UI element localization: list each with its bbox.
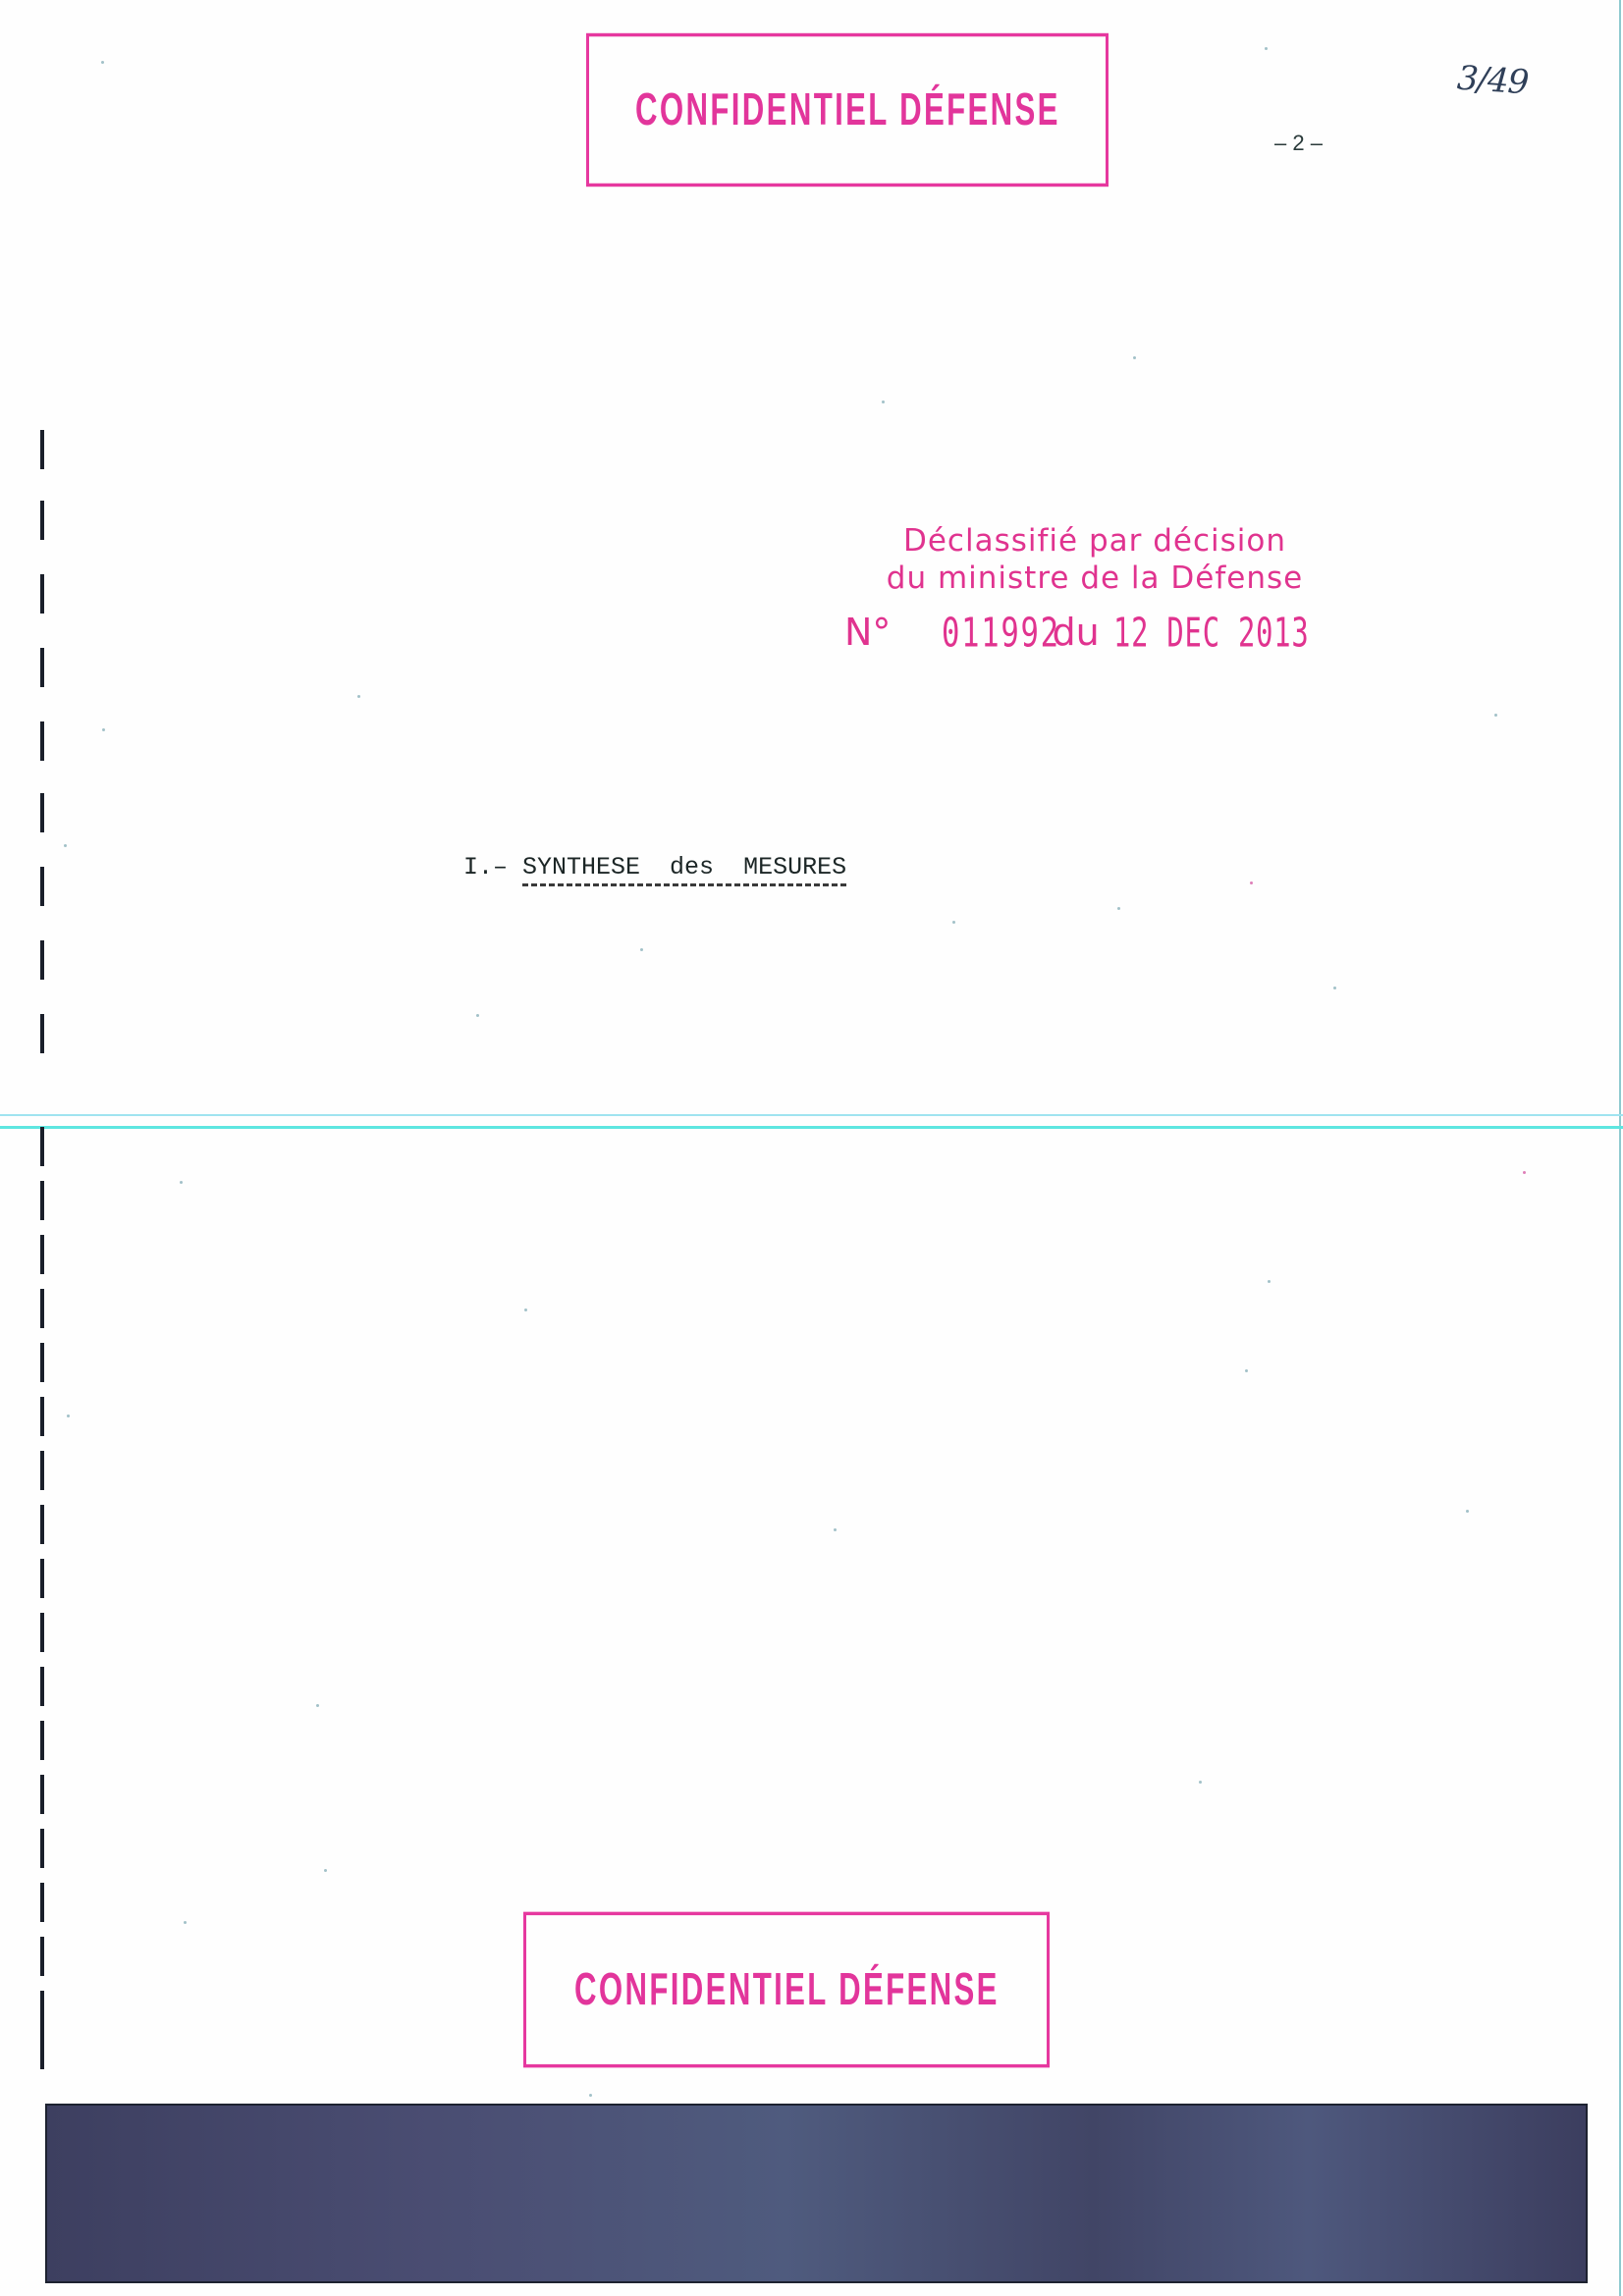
scan-speck	[952, 921, 955, 924]
binding-mark	[40, 721, 44, 761]
scan-dark-band	[45, 2104, 1588, 2283]
declassification-number: 011992	[942, 611, 1060, 657]
declassification-number-prefix: N°	[844, 611, 891, 654]
binding-mark	[40, 1829, 44, 1868]
scan-speck	[1133, 356, 1136, 359]
scan-speck	[64, 844, 67, 847]
binding-mark	[40, 1181, 44, 1220]
scan-speck	[1523, 1171, 1526, 1174]
binding-mark	[40, 1014, 44, 1053]
scan-edge-line	[1619, 0, 1621, 2296]
scan-speck	[67, 1415, 70, 1417]
binding-mark	[40, 940, 44, 980]
binding-mark	[40, 867, 44, 906]
scan-speck	[1268, 1280, 1271, 1283]
binding-mark	[40, 1505, 44, 1544]
declassification-line2: du ministre de la Défense	[844, 560, 1345, 597]
scan-speck	[316, 1704, 319, 1707]
binding-mark	[40, 1883, 44, 1922]
binding-mark	[40, 1559, 44, 1598]
scan-speck	[357, 695, 360, 698]
scan-speck	[882, 400, 885, 403]
scan-artifact-line	[0, 1126, 1623, 1129]
binding-mark	[40, 1397, 44, 1436]
binding-mark	[40, 793, 44, 832]
binding-mark	[40, 1991, 44, 2030]
declassification-line1: Déclassifié par décision	[844, 522, 1345, 560]
declassification-stamp: Déclassifié par décision du ministre de …	[844, 522, 1345, 654]
scan-speck	[1199, 1781, 1202, 1784]
scan-speck	[640, 948, 643, 951]
binding-mark	[40, 1613, 44, 1652]
binding-mark	[40, 501, 44, 540]
scan-speck	[1466, 1510, 1469, 1513]
binding-mark	[40, 1451, 44, 1490]
document-page: CONFIDENTIEL DÉFENSE – 2 – 3/49 Déclassi…	[0, 0, 1623, 2296]
scan-speck	[101, 61, 104, 64]
binding-mark	[40, 1127, 44, 1166]
binding-mark	[40, 648, 44, 687]
scan-speck	[476, 1014, 479, 1017]
scan-speck	[1245, 1369, 1248, 1372]
classification-stamp-text: CONFIDENTIEL DÉFENSE	[635, 84, 1060, 135]
binding-mark	[40, 430, 44, 469]
binding-mark	[40, 1289, 44, 1328]
binding-mark	[40, 1937, 44, 1976]
section-numeral: I.–	[463, 853, 508, 881]
classification-stamp-top: CONFIDENTIEL DÉFENSE	[586, 33, 1109, 187]
declassification-date: 12 DEC 2013	[1113, 611, 1310, 657]
scan-speck	[1117, 907, 1120, 910]
binding-mark	[40, 1667, 44, 1706]
scan-speck	[180, 1181, 183, 1184]
binding-mark	[40, 1343, 44, 1382]
scan-artifact-line	[0, 1114, 1623, 1116]
scan-speck	[324, 1869, 327, 1872]
scan-speck	[589, 2094, 592, 2097]
scan-speck	[102, 728, 105, 731]
binding-mark	[40, 1775, 44, 1814]
scan-speck	[1250, 881, 1253, 884]
scan-speck	[184, 1921, 187, 1924]
binding-mark	[40, 1235, 44, 1274]
binding-mark	[40, 1721, 44, 1760]
declassification-reference: N° 011992 du 12 DEC 2013	[844, 611, 1345, 654]
page-number: – 2 –	[1274, 131, 1323, 156]
scan-speck	[1265, 47, 1268, 50]
handwritten-folio: 3/49	[1456, 59, 1530, 103]
classification-stamp-bottom: CONFIDENTIEL DÉFENSE	[523, 1912, 1050, 2068]
binding-mark	[40, 2030, 44, 2069]
section-heading: I.– SYNTHESE des MESURES	[463, 853, 846, 881]
scan-speck	[1494, 714, 1497, 717]
classification-stamp-text: CONFIDENTIEL DÉFENSE	[574, 1964, 1000, 2015]
scan-speck	[1333, 987, 1336, 989]
scan-speck	[524, 1308, 527, 1311]
scan-speck	[834, 1528, 837, 1531]
section-title: SYNTHESE des MESURES	[522, 853, 846, 886]
binding-mark	[40, 574, 44, 614]
